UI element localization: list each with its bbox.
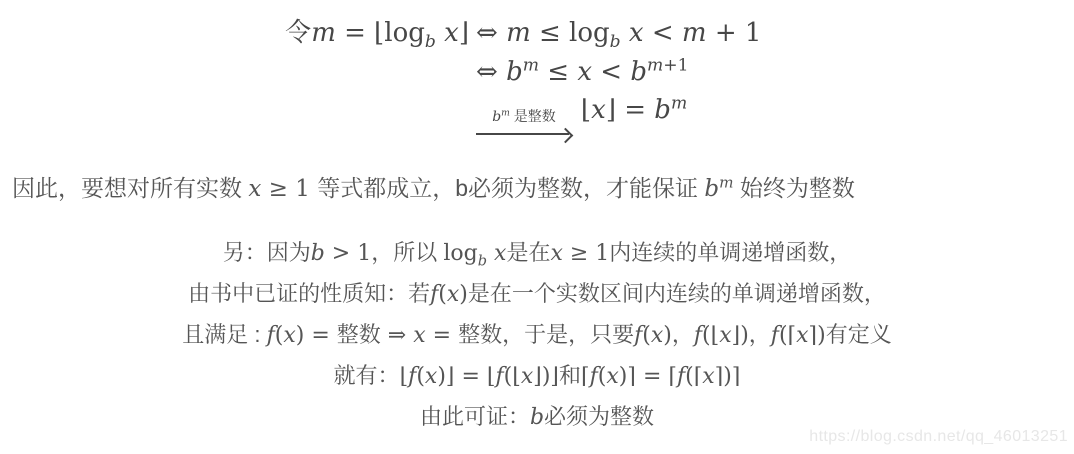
derivation-block: 令m = ⌊logb x⌋ ⇔ m ≤ logb x < m + 1 ⇔ bm … [277, 12, 797, 140]
watermark-url: https://blog.csdn.net/qq_46013251 [809, 428, 1068, 446]
arrow-condition-label: bm 是整数 [492, 108, 556, 125]
derivation-row1-rhs: ⇔ m ≤ logb x < m + 1 [476, 17, 797, 48]
conclusion-paragraph: 因此，要想对所有实数 x ≥ 1 等式都成立，b必须为整数，才能保证 bm 始终… [12, 170, 1074, 203]
derivation-row3-result: ⌊x⌋ = bm [581, 94, 687, 124]
derivation-row-2: ⇔ bm ≤ x < bm+1 [277, 56, 797, 87]
note-line-1: 另：因为b > 1，所以 logb x是在x ≥ 1内连续的单调递增函数， [0, 237, 1074, 270]
derivation-row-3: bm 是整数 ⌊x⌋ = bm [277, 94, 797, 140]
note-block: 另：因为b > 1，所以 logb x是在x ≥ 1内连续的单调递增函数， 由书… [0, 237, 1074, 433]
derivation-row1-lhs: 令m = ⌊logb x⌋ [277, 12, 476, 49]
derivation-row2-rhs: ⇔ bm ≤ x < bm+1 [476, 56, 797, 87]
derivation-row3-rhs: bm 是整数 ⌊x⌋ = bm [476, 94, 797, 140]
labeled-implication-arrow: bm 是整数 [476, 108, 572, 140]
note-line-2: 由书中已证的性质知：若f(x)是在一个实数区间内连续的单调递增函数， [0, 278, 1074, 311]
note-line-3: 且满足 : f(x) = 整数 ⇒ x = 整数，于是，只要f(x)，f(⌊x⌋… [0, 319, 1074, 352]
derivation-row-1: 令m = ⌊logb x⌋ ⇔ m ≤ logb x < m + 1 [277, 12, 797, 49]
right-arrow-icon [476, 127, 572, 140]
blog-math-page: { "page": { "background": "#ffffff", "ma… [0, 0, 1074, 454]
note-line-4: 就有：⌊f(x)⌋ = ⌊f(⌊x⌋)⌋和⌈f(x)⌉ = ⌈f(⌈x⌉)⌉ [0, 360, 1074, 393]
